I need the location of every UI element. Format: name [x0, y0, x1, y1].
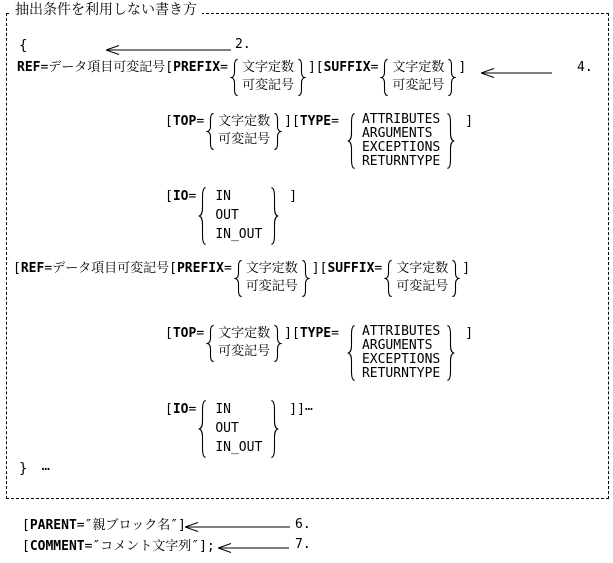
callout-arrow-6-icon	[185, 521, 291, 533]
callout-arrow-7-icon	[218, 542, 290, 554]
right-brace-icon	[297, 59, 306, 96]
right-brace-icon	[446, 113, 455, 169]
option-const: 文字定数	[242, 59, 294, 77]
syntax-text: [	[22, 539, 30, 554]
right-brace-icon	[446, 325, 455, 381]
left-brace-icon	[198, 400, 207, 458]
keyword-suffix: SUFFIX	[327, 260, 374, 278]
syntax-text: =	[188, 400, 196, 419]
keyword-suffix: SUFFIX	[324, 59, 371, 77]
keyword-type: TYPE	[300, 113, 331, 131]
syntax-text: =	[371, 59, 379, 77]
syntax-text: =″親ブロック名″]	[77, 518, 186, 533]
right-brace-icon	[447, 59, 456, 96]
syntax-text: [	[13, 260, 21, 278]
left-brace-icon	[384, 260, 393, 297]
option-const: 文字定数	[392, 59, 444, 77]
option-exceptions: EXCEPTIONS	[362, 141, 440, 155]
option-var: 可変記号	[218, 131, 270, 149]
syntax-text: ][	[284, 325, 300, 343]
callout-number-2: 2.	[235, 38, 251, 52]
option-var: 可変記号	[218, 343, 270, 361]
syntax-text: ]	[462, 260, 470, 278]
right-brace-icon	[270, 400, 279, 458]
syntax-text: =	[224, 260, 232, 278]
syntax-text: ]	[458, 59, 466, 77]
keyword-io: IO	[173, 187, 189, 206]
choice-group-suffix-1: 文字定数 可変記号	[380, 59, 456, 96]
left-brace-icon	[234, 260, 243, 297]
keyword-ref: REF	[17, 59, 40, 77]
syntax-line-parent: [ PARENT =″親ブロック名″]	[22, 518, 186, 533]
choice-group-prefix-1: 文字定数 可変記号	[230, 59, 306, 96]
option-var: 可変記号	[246, 278, 298, 296]
syntax-text: =データ項目可変記号[	[44, 260, 177, 278]
option-arguments: ARGUMENTS	[362, 339, 440, 353]
syntax-text: =″コメント文字列″];	[85, 539, 215, 554]
option-out: OUT	[215, 419, 262, 438]
syntax-text: =	[331, 325, 339, 343]
syntax-line-ref-1: REF =データ項目可変記号[ PREFIX = 文字定数 可変記号 ][ SU…	[17, 59, 466, 96]
option-const: 文字定数	[218, 325, 270, 343]
syntax-line-ref-2: [ REF =データ項目可変記号[ PREFIX = 文字定数 可変記号 ][ …	[13, 260, 470, 297]
choice-group-prefix-2: 文字定数 可変記号	[234, 260, 310, 297]
keyword-top: TOP	[173, 113, 196, 131]
choice-group-top-2: 文字定数 可変記号	[206, 325, 282, 362]
syntax-text: [	[165, 187, 173, 206]
syntax-text: [	[165, 325, 173, 343]
left-brace-icon	[347, 325, 356, 381]
choice-group-suffix-2: 文字定数 可変記号	[384, 260, 460, 297]
syntax-text: =	[331, 113, 339, 131]
option-attributes: ATTRIBUTES	[362, 325, 440, 339]
option-attributes: ATTRIBUTES	[362, 113, 440, 127]
keyword-io: IO	[173, 400, 189, 419]
syntax-line-top-1: [ TOP = 文字定数 可変記号 ][ TYPE = ATTRIBUTES A…	[165, 113, 473, 169]
keyword-comment: COMMENT	[30, 539, 85, 554]
choice-group-type-1: ATTRIBUTES ARGUMENTS EXCEPTIONS RETURNTY…	[347, 113, 455, 169]
repeat-ellipsis: …	[41, 458, 50, 474]
right-brace-icon	[301, 260, 310, 297]
syntax-text: [	[165, 400, 173, 419]
keyword-parent: PARENT	[30, 518, 77, 533]
syntax-line-top-2: [ TOP = 文字定数 可変記号 ][ TYPE = ATTRIBUTES A…	[165, 325, 473, 381]
syntax-text: [	[22, 518, 30, 533]
syntax-line-io-1: [ IO = IN OUT IN_OUT ]	[165, 187, 297, 245]
left-brace-icon	[380, 59, 389, 96]
callout-number-4: 4.	[577, 61, 593, 75]
option-const: 文字定数	[246, 260, 298, 278]
block-open-brace: {	[19, 38, 27, 54]
syntax-box-title: 抽出条件を利用しない書き方	[10, 2, 202, 19]
option-returntype: RETURNTYPE	[362, 155, 440, 169]
keyword-prefix: PREFIX	[177, 260, 224, 278]
left-brace-icon	[206, 113, 215, 150]
syntax-manual-page: 抽出条件を利用しない書き方 { 2. REF =データ項目可変記号[ PREFI…	[0, 0, 613, 563]
callout-number-7: 7.	[295, 538, 311, 552]
keyword-ref: REF	[21, 260, 44, 278]
choice-group-io-2: IN OUT IN_OUT	[198, 400, 279, 458]
option-var: 可変記号	[396, 278, 448, 296]
keyword-prefix: PREFIX	[173, 59, 220, 77]
syntax-text: ][	[312, 260, 328, 278]
left-brace-icon	[230, 59, 239, 96]
syntax-text: =	[196, 113, 204, 131]
choice-group-top-1: 文字定数 可変記号	[206, 113, 282, 150]
block-close-line: } …	[19, 461, 51, 477]
syntax-text: ][	[308, 59, 324, 77]
left-brace-icon	[198, 187, 207, 245]
syntax-text: =	[220, 59, 228, 77]
syntax-text: =	[196, 325, 204, 343]
syntax-text: =データ項目可変記号[	[40, 59, 173, 77]
option-in-out: IN_OUT	[215, 225, 262, 244]
syntax-text: ]	[465, 325, 473, 343]
option-var: 可変記号	[392, 77, 444, 95]
option-const: 文字定数	[218, 113, 270, 131]
right-brace-icon	[451, 260, 460, 297]
right-brace-icon	[270, 187, 279, 245]
left-brace-icon	[347, 113, 356, 169]
keyword-top: TOP	[173, 325, 196, 343]
right-brace-icon	[273, 325, 282, 362]
callout-number-6: 6.	[295, 518, 311, 532]
callout-arrow-4-icon	[481, 67, 553, 79]
option-returntype: RETURNTYPE	[362, 367, 440, 381]
keyword-type: TYPE	[300, 325, 331, 343]
callout-arrow-2-icon	[106, 44, 232, 56]
choice-group-type-2: ATTRIBUTES ARGUMENTS EXCEPTIONS RETURNTY…	[347, 325, 455, 381]
syntax-text: ]]	[289, 400, 305, 419]
option-in: IN	[215, 187, 262, 206]
syntax-text: ][	[284, 113, 300, 131]
option-in-out: IN_OUT	[215, 438, 262, 457]
option-in: IN	[215, 400, 262, 419]
block-close-brace: }	[19, 461, 27, 477]
right-brace-icon	[273, 113, 282, 150]
syntax-text: =	[188, 187, 196, 206]
left-brace-icon	[206, 325, 215, 362]
syntax-line-comment: [ COMMENT =″コメント文字列″];	[22, 539, 215, 554]
option-const: 文字定数	[396, 260, 448, 278]
syntax-text: ]	[289, 187, 297, 206]
syntax-line-io-2: [ IO = IN OUT IN_OUT ]] …	[165, 400, 314, 458]
choice-group-io-1: IN OUT IN_OUT	[198, 187, 279, 245]
syntax-text: [	[165, 113, 173, 131]
syntax-text: =	[374, 260, 382, 278]
syntax-text: ]	[465, 113, 473, 131]
option-out: OUT	[215, 206, 262, 225]
option-arguments: ARGUMENTS	[362, 127, 440, 141]
repeat-ellipsis: …	[305, 397, 314, 416]
option-var: 可変記号	[242, 77, 294, 95]
option-exceptions: EXCEPTIONS	[362, 353, 440, 367]
